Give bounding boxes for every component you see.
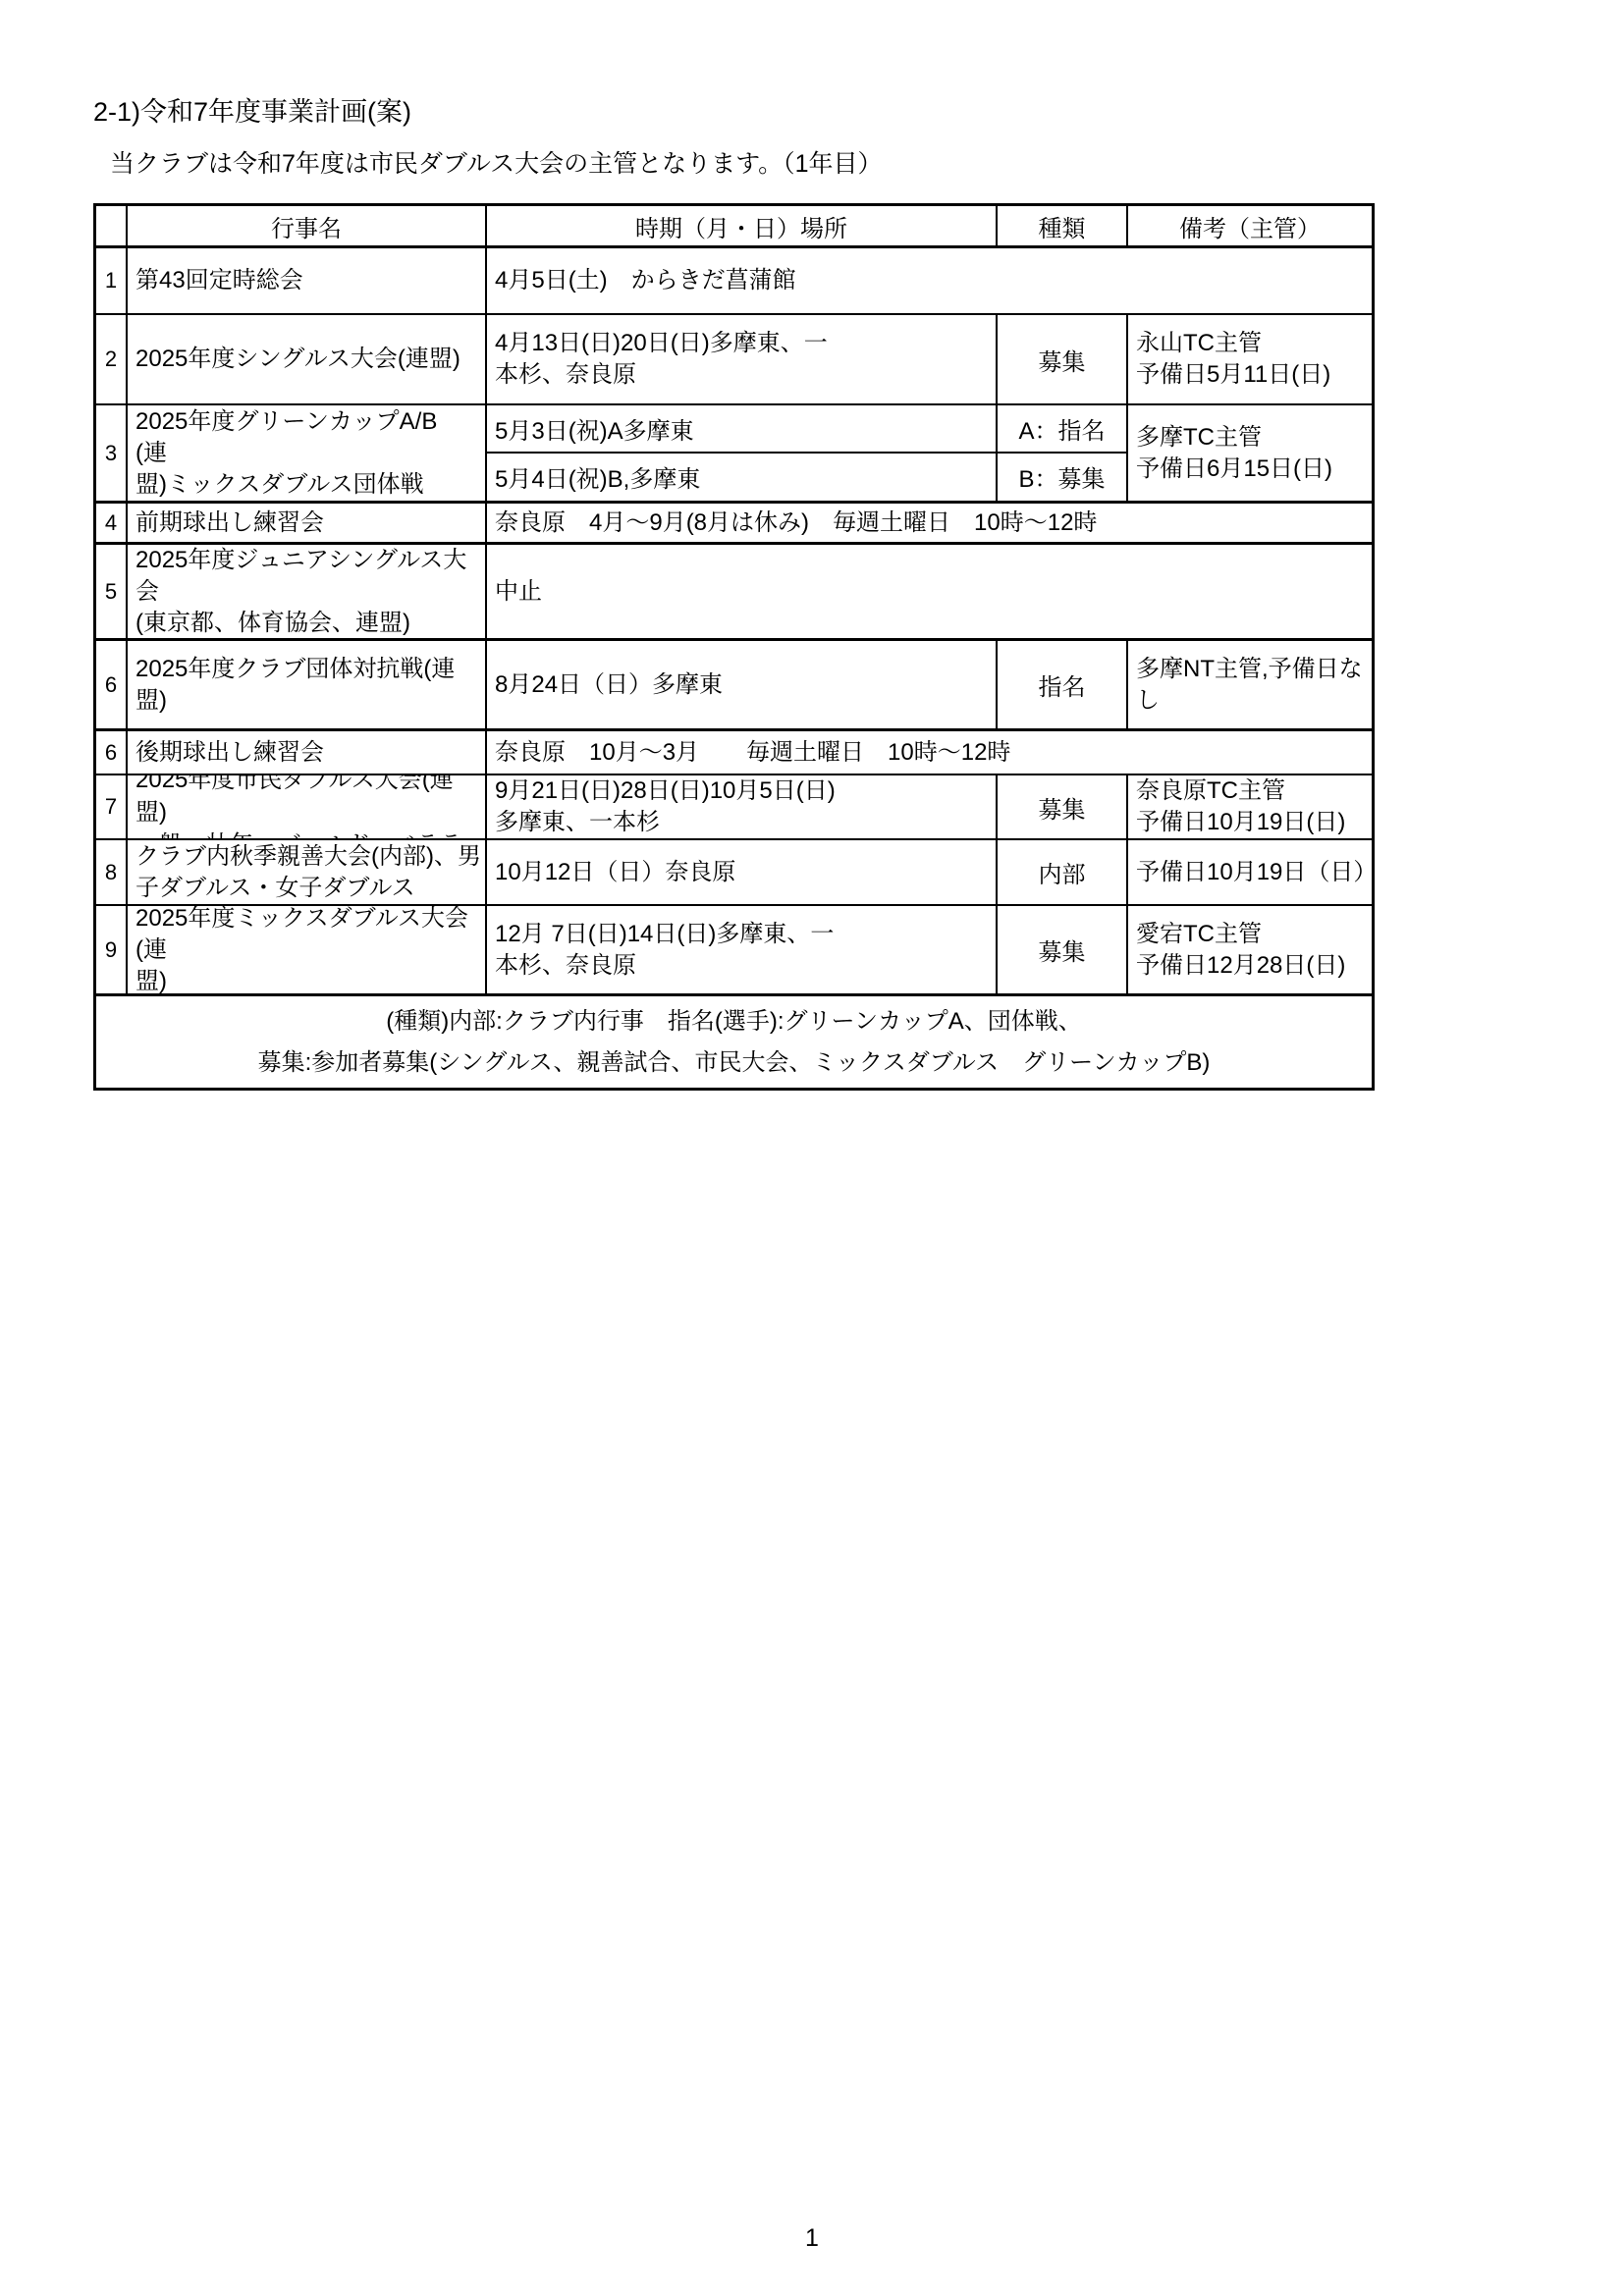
event-name-cell: 第43回定時総会 (128, 248, 487, 313)
remarks-cell: 愛宕TC主管 予備日12月28日(日) (1128, 906, 1372, 993)
time-place-cell: 8月24日（日）多摩東 (487, 641, 998, 728)
type-legend: (種類)内部:クラブ内行事 指名(選手):グリーンカップA、団体戦、 募集:参加… (96, 996, 1372, 1088)
row-number: 9 (96, 906, 128, 993)
row-number: 7 (96, 775, 128, 838)
time-place-cell: 奈良原 4月～9月(8月は休み) 毎週土曜日 10時～12時 (487, 504, 1372, 542)
page-subtitle: 当クラブは令和7年度は市民ダブルス大会の主管となります。（1年目） (110, 147, 883, 181)
remarks-cell: 奈良原TC主管 予備日10月19日(日) (1128, 775, 1372, 838)
type-sub-a: A：指名 (998, 405, 1126, 454)
table-row: 8 クラブ内秋季親善大会(内部)、男 子ダブルス・女子ダブルス 10月12日（日… (96, 840, 1372, 906)
time-place-cell: 4月5日(土) からきだ菖蒲館 (487, 248, 1372, 313)
header-cell-type: 種類 (998, 206, 1128, 245)
type-cell: 募集 (998, 315, 1128, 403)
remarks-cell: 多摩NT主管,予備日な し (1128, 641, 1372, 728)
row-number: 4 (96, 504, 128, 542)
type-cell: 内部 (998, 840, 1128, 904)
table-header-row: 行事名 時期（月・日）場所 種類 備考（主管） (96, 206, 1372, 248)
time-place-cell: 10月12日（日）奈良原 (487, 840, 998, 904)
type-cell: 募集 (998, 775, 1128, 838)
event-name-cell: クラブ内秋季親善大会(内部)、男 子ダブルス・女子ダブルス (128, 840, 487, 904)
table-row: 4 前期球出し練習会 奈良原 4月～9月(8月は休み) 毎週土曜日 10時～12… (96, 504, 1372, 545)
table-row: 9 2025年度ミックスダブルス大会(連 盟) 12月 7日(日)14日(日)多… (96, 906, 1372, 996)
footnote-line-1: (種類)内部:クラブ内行事 指名(選手):グリーンカップA、団体戦、 (386, 1001, 1082, 1042)
time-place-cell: 奈良原 10月～3月 毎週土曜日 10時～12時 (487, 731, 1372, 774)
event-name-cell: 2025年度シングルス大会(連盟) (128, 315, 487, 403)
table-note-row: (種類)内部:クラブ内行事 指名(選手):グリーンカップA、団体戦、 募集:参加… (96, 996, 1372, 1088)
row-number: 1 (96, 248, 128, 313)
row-number: 6 (96, 641, 128, 728)
table-row: 1 第43回定時総会 4月5日(土) からきだ菖蒲館 (96, 248, 1372, 315)
time-place-cell: 中止 (487, 545, 1372, 638)
table-row: 6 後期球出し練習会 奈良原 10月～3月 毎週土曜日 10時～12時 (96, 731, 1372, 775)
header-cell-time-place: 時期（月・日）場所 (487, 206, 998, 245)
table-row: 6 2025年度クラブ団体対抗戦(連 盟) 8月24日（日）多摩東 指名 多摩N… (96, 641, 1372, 731)
event-name-cell: 後期球出し練習会 (128, 731, 487, 774)
header-cell-number (96, 206, 128, 245)
header-cell-event-name: 行事名 (128, 206, 487, 245)
event-name-cell: 2025年度グリーンカップA/B (連 盟)ミックスダブルス団体戦 (128, 405, 487, 501)
time-sub-b: 5月4日(祝)B,多摩東 (487, 454, 996, 501)
event-name-cell: 2025年度ミックスダブルス大会(連 盟) (128, 906, 487, 993)
page-title: 2-1)令和7年度事業計画(案) (93, 94, 411, 130)
time-place-cell: 12月 7日(日)14日(日)多摩東、一 本杉、奈良原 (487, 906, 998, 993)
event-schedule-table: 行事名 時期（月・日）場所 種類 備考（主管） 1 第43回定時総会 4月5日(… (93, 203, 1375, 1091)
event-name-cell: 前期球出し練習会 (128, 504, 487, 542)
event-name-cell: 2025年度クラブ団体対抗戦(連 盟) (128, 641, 487, 728)
type-cell: 募集 (998, 906, 1128, 993)
page-number: 1 (805, 2224, 819, 2253)
remarks-cell: 予備日10月19日（日） (1128, 840, 1372, 904)
time-sub-a: 5月3日(祝)A多摩東 (487, 405, 996, 454)
table-row: 7 2025年度市民ダブルス大会(連 盟) 一般、壮年、ゴールド、ベテラン、 9… (96, 775, 1372, 840)
row-number: 5 (96, 545, 128, 638)
time-place-cell: 4月13日(日)20日(日)多摩東、一 本杉、奈良原 (487, 315, 998, 403)
header-cell-remarks: 備考（主管） (1128, 206, 1372, 245)
row-number: 8 (96, 840, 128, 904)
time-place-cell: 5月3日(祝)A多摩東 5月4日(祝)B,多摩東 (487, 405, 998, 501)
table-row: 2 2025年度シングルス大会(連盟) 4月13日(日)20日(日)多摩東、一 … (96, 315, 1372, 405)
remarks-cell: 永山TC主管 予備日5月11日(日) (1128, 315, 1372, 403)
event-name-cell: 2025年度ジュニアシングルス大会 (東京都、体育協会、連盟) (128, 545, 487, 638)
table-row: 5 2025年度ジュニアシングルス大会 (東京都、体育協会、連盟) 中止 (96, 545, 1372, 641)
row-number: 6 (96, 731, 128, 774)
type-cell: 指名 (998, 641, 1128, 728)
event-name-cell: 2025年度市民ダブルス大会(連 盟) 一般、壮年、ゴールド、ベテラン、 (128, 775, 487, 838)
type-sub-b: B：募集 (998, 454, 1126, 501)
type-cell: A：指名 B：募集 (998, 405, 1128, 501)
time-place-cell: 9月21日(日)28日(日)10月5日(日) 多摩東、一本杉 (487, 775, 998, 838)
remarks-cell: 多摩TC主管 予備日6月15日(日) (1128, 405, 1372, 501)
table-row: 3 2025年度グリーンカップA/B (連 盟)ミックスダブルス団体戦 5月3日… (96, 405, 1372, 504)
row-number: 2 (96, 315, 128, 403)
footnote-line-2: 募集:参加者募集(シングルス、親善試合、市民大会、ミックスダブルス グリーンカッ… (258, 1042, 1211, 1084)
row-number: 3 (96, 405, 128, 501)
document-page: 2-1)令和7年度事業計画(案) 当クラブは令和7年度は市民ダブルス大会の主管と… (0, 0, 1624, 2296)
